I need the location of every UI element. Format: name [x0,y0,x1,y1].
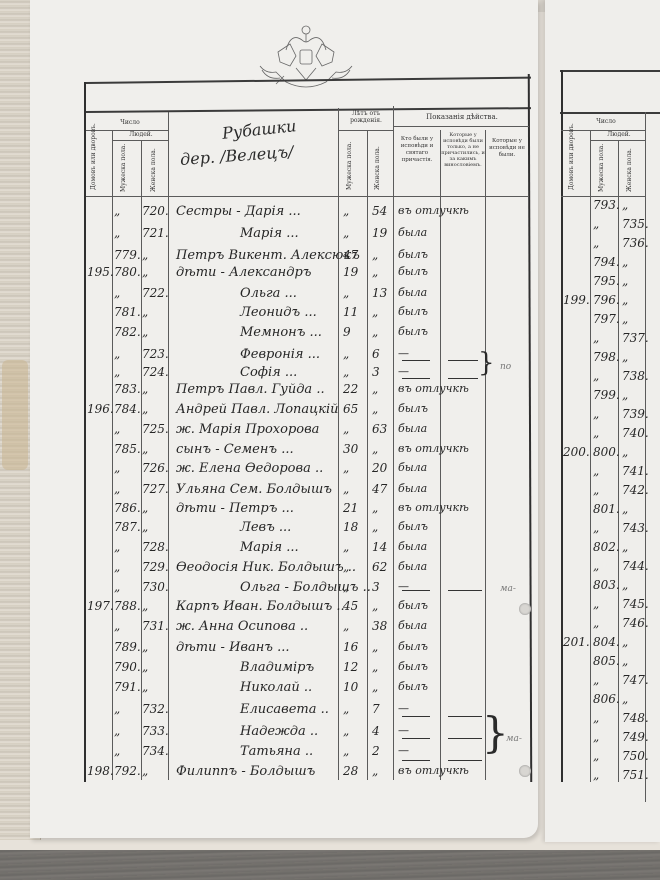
confession-status: — [398,724,409,737]
house-number: 199. [563,293,590,307]
age-female: „ [372,382,378,396]
age-female: „ [372,402,378,416]
person-name: Андрей Павл. Лопацкій [176,402,339,417]
right-header-domov: Домовъ или дворовъ. [568,123,575,190]
col-divider [440,130,441,780]
male-number: „ [114,580,120,594]
person-name: Ольга - Болдышъ .. [240,580,371,595]
female-number: „ [142,305,148,319]
dash-mark [402,590,430,591]
header-rule [393,126,529,127]
person-name: Февронія ... [240,347,320,362]
right-frame-top [560,70,660,72]
age-female: 7 [372,702,380,716]
male-number: „ [114,365,120,379]
punch-hole [519,603,531,615]
female-number: „ [142,325,148,339]
house-number: 201. [563,635,590,649]
age-male: 16 [343,640,358,654]
confession-status: въ отлучкѣ [398,382,469,395]
female-number: 750. [622,749,649,763]
male-number: „ [114,422,120,436]
male-number: 781. [114,305,141,319]
female-number: „ [622,274,628,288]
right-header-rule [590,140,645,141]
male-number: „ [114,724,120,738]
male-number: „ [114,286,120,300]
male-number: 782. [114,325,141,339]
punch-hole [519,765,531,777]
male-number: „ [593,464,599,478]
male-number: 784. [114,402,141,416]
person-name: Карпъ Иван. Болдышъ .. [176,599,345,614]
person-name: Софія ... [240,365,297,380]
person-name: Ольга ... [240,286,297,301]
male-number: „ [593,711,599,725]
binding-stain [2,360,28,470]
female-number: 748. [622,711,649,725]
age-female: 2 [372,744,380,758]
confession-status: была [398,560,427,573]
male-number: „ [593,483,599,497]
age-male: „ [343,461,349,475]
female-number: „ [622,654,628,668]
header-col-ispoved: Кто были у исповѣди и святаго причастія. [394,136,440,164]
confession-status: — [398,702,409,715]
female-number: 731. [142,619,169,633]
confession-status: былъ [398,325,428,338]
male-number: „ [593,217,599,231]
age-male: „ [343,580,349,594]
age-female: 13 [372,286,387,300]
female-number: „ [142,402,148,416]
female-number: 744. [622,559,649,573]
female-number: 728. [142,540,169,554]
female-number: „ [142,501,148,515]
male-number: „ [593,331,599,345]
confession-status: былъ [398,660,428,673]
house-number: 197. [87,599,114,613]
female-number: „ [142,599,148,613]
age-female: 20 [372,461,387,475]
male-number: „ [593,407,599,421]
age-female: 38 [372,619,387,633]
person-name: Марія ... [240,226,299,241]
person-name: Сестры - Дарія ... [176,204,301,219]
person-name: Мемнонъ ... [240,325,322,340]
confession-status: въ отлучкѣ [398,501,469,514]
age-female: 54 [372,204,387,218]
female-number: 730. [142,580,169,594]
male-number: 800. [593,445,620,459]
male-number: „ [114,560,120,574]
right-frame-left [561,70,563,782]
male-number: 787. [114,520,141,534]
dash-mark [402,738,430,739]
female-number: 742. [622,483,649,497]
table-frame-left [84,82,86,782]
age-female: 63 [372,422,387,436]
age-male: „ [343,347,349,361]
age-male: „ [343,744,349,758]
confession-status: была [398,540,427,553]
header-col-ne-byli: Которые у исповѣди не были. [486,138,528,159]
female-number: 737. [622,331,649,345]
male-number: „ [593,768,599,782]
header-muzh: Мужеска пола. [120,144,127,192]
male-number: „ [114,702,120,716]
female-number: „ [142,640,148,654]
age-female: 62 [372,560,387,574]
age-male: 10 [343,680,358,694]
female-number: 725. [142,422,169,436]
male-number: 802. [593,540,620,554]
confession-status: была [398,482,427,495]
female-number: 723. [142,347,169,361]
male-number: 792. [114,764,141,778]
age-female: „ [372,764,378,778]
age-male: „ [343,702,349,716]
male-number: „ [593,730,599,744]
confession-status: въ отлучкѣ [398,764,469,777]
age-male: 22 [343,382,358,396]
male-number: „ [593,369,599,383]
female-number: 735. [622,217,649,231]
male-number: 789. [114,640,141,654]
margin-note: ма- [506,734,522,744]
age-female: 47 [372,482,387,496]
person-name: Николай .. [240,680,312,695]
brace-mark: } [478,348,495,378]
confession-status: была [398,286,427,299]
age-female: 4 [372,724,380,738]
confession-status: былъ [398,520,428,533]
col-divider [485,130,486,780]
person-name: Надежда .. [240,724,318,739]
age-male: 18 [343,520,358,534]
header-domov: Домовъ или дворовъ. [90,123,97,190]
female-number: 747. [622,673,649,687]
female-number: 739. [622,407,649,421]
confession-status: былъ [398,248,428,261]
male-number: 797. [593,312,620,326]
male-number: 805. [593,654,620,668]
age-female: „ [372,640,378,654]
person-name: Ѳеодосія Ник. Болдышъ .. [176,560,356,575]
confession-status: — [398,744,409,757]
age-male: 45 [343,599,358,613]
female-number: 729. [142,560,169,574]
age-female: „ [372,265,378,279]
male-number: „ [114,540,120,554]
male-number: 803. [593,578,620,592]
person-name: Владиміръ [240,660,314,675]
dash-mark [402,716,430,717]
male-number: 785. [114,442,141,456]
female-number: „ [142,265,148,279]
confession-status: былъ [398,265,428,278]
male-number: „ [114,619,120,633]
female-number: „ [142,680,148,694]
house-number: 200. [563,445,590,459]
female-number: „ [622,502,628,516]
dash-mark [448,590,482,591]
male-number: 783. [114,382,141,396]
person-name: дѣти - Петръ ... [176,501,294,516]
male-number: „ [114,204,120,218]
female-number: 736. [622,236,649,250]
female-number: „ [622,388,628,402]
person-name: Петръ Павл. Гуйда .. [176,382,325,397]
female-number: 746. [622,616,649,630]
female-number: 733. [142,724,169,738]
header-let-muzh: Мужеска пола. [346,142,353,190]
col-divider [338,108,339,780]
female-number: 745. [622,597,649,611]
male-number: „ [114,226,120,240]
male-number: 780. [114,265,141,279]
male-number: „ [593,521,599,535]
person-name: Ульяна Сем. Болдышъ [176,482,332,497]
person-name: ж. Елена Ѳедорова .. [176,461,323,476]
female-number: 751. [622,768,649,782]
age-female: „ [372,501,378,515]
female-number: 749. [622,730,649,744]
female-number: „ [142,442,148,456]
age-female: 6 [372,347,380,361]
right-col-divider [618,140,619,782]
person-name: дѣти - Иванъ ... [176,640,289,655]
age-male: „ [343,286,349,300]
age-female: „ [372,325,378,339]
header-let: Лѣтъ отъ рожденія. [340,110,392,124]
male-number: „ [593,616,599,630]
header-rule [112,140,168,141]
brace-mark: } [482,708,509,757]
age-male: „ [343,204,349,218]
age-female: „ [372,680,378,694]
male-number: 791. [114,680,141,694]
person-name: дѣти - Александръ [176,265,311,280]
person-name: сынъ - Семенъ ... [176,442,294,457]
header-rule [338,130,393,131]
margin-note: ма- [500,584,516,594]
age-female: 14 [372,540,387,554]
female-number: 740. [622,426,649,440]
confession-status: былъ [398,402,428,415]
house-number: 198. [87,764,114,778]
male-number: „ [114,461,120,475]
male-number: „ [593,426,599,440]
right-header-bottom-rule [561,196,645,197]
dash-mark [448,716,482,717]
female-number: „ [622,312,628,326]
age-female: „ [372,442,378,456]
male-number: „ [593,559,599,573]
imperial-eagle-crest-icon [256,22,356,94]
female-number: „ [142,248,148,262]
age-male: „ [343,365,349,379]
confession-status: въ отлучкѣ [398,204,469,217]
confession-status: былъ [398,640,428,653]
female-number: „ [142,764,148,778]
female-number: 741. [622,464,649,478]
age-female: „ [372,248,378,262]
female-number: „ [622,635,628,649]
header-pokazaniya: Показанія дѣйства. [398,114,526,121]
female-number: „ [622,692,628,706]
female-number: 734. [142,744,169,758]
confession-status: — [398,347,409,360]
age-male: 19 [343,265,358,279]
dash-mark [448,760,482,761]
male-number: 795. [593,274,620,288]
header-chislo: Число [110,119,150,126]
female-number: 721. [142,226,169,240]
right-header-zhen: Женска пола. [626,148,633,192]
header-zhen: Женска пола. [150,148,157,192]
age-male: „ [343,226,349,240]
col-divider [393,106,394,780]
person-name: Левъ ... [240,520,291,535]
right-header-muzh: Мужеска пола. [598,144,605,192]
dash-mark [448,378,478,379]
person-name: Татьяна .. [240,744,313,759]
dash-mark [402,360,430,361]
female-number: 727. [142,482,169,496]
person-name: ж. Анна Осипова .. [176,619,308,634]
person-name: Елисавета .. [240,702,329,717]
col-divider [367,130,368,780]
header-let-zhen: Женска пола. [374,146,381,190]
female-number: 720. [142,204,169,218]
dash-mark [448,738,482,739]
age-female: 3 [372,365,380,379]
age-female: „ [372,599,378,613]
right-header-lyudey: Людей. [596,131,642,138]
male-number: „ [593,749,599,763]
confession-status: былъ [398,305,428,318]
right-header-chislo: Число [586,118,626,125]
male-number: 799. [593,388,620,402]
dash-mark [402,378,430,379]
house-number: 195. [87,265,114,279]
female-number: „ [622,540,628,554]
confession-status: была [398,461,427,474]
male-number: 801. [593,502,620,516]
male-number: „ [114,482,120,496]
right-col-divider [645,112,646,802]
male-number: „ [593,597,599,611]
female-number: „ [622,578,628,592]
right-col-divider [590,130,591,782]
female-number: „ [622,445,628,459]
age-male: 11 [343,305,358,319]
male-number: 793. [593,198,620,212]
header-lyudey: Людей. [118,131,164,138]
female-number: „ [142,382,148,396]
confession-status: была [398,619,427,632]
female-number: 724. [142,365,169,379]
confession-status: — [398,365,409,378]
male-number: 788. [114,599,141,613]
female-number: „ [622,350,628,364]
female-number: „ [622,255,628,269]
age-male: 28 [343,764,358,778]
age-male: 65 [343,402,358,416]
male-number: 794. [593,255,620,269]
confession-status: былъ [398,680,428,693]
margin-note: по [500,362,511,372]
female-number: 743. [622,521,649,535]
age-male: „ [343,560,349,574]
male-number: 779. [114,248,141,262]
age-male: 21 [343,501,358,515]
female-number: „ [142,660,148,674]
age-male: „ [343,482,349,496]
age-male: 47 [343,248,358,262]
age-male: „ [343,619,349,633]
confession-status: въ отлучкѣ [398,442,469,455]
male-number: 786. [114,501,141,515]
female-number: „ [622,198,628,212]
age-male: „ [343,540,349,554]
dash-mark [448,360,478,361]
male-number: „ [593,673,599,687]
confession-status: была [398,422,427,435]
age-female: 3 [372,580,380,594]
female-number: 732. [142,702,169,716]
person-name: Леонидъ ... [240,305,317,320]
person-name: Петръ Викент. Алексюкъ [176,248,360,263]
male-number: 790. [114,660,141,674]
male-number: 796. [593,293,620,307]
house-number: 196. [87,402,114,416]
age-female: „ [372,520,378,534]
age-male: „ [343,422,349,436]
age-female: „ [372,305,378,319]
age-female: 19 [372,226,387,240]
confession-status: была [398,226,427,239]
male-number: 798. [593,350,620,364]
age-female: „ [372,660,378,674]
female-number: 738. [622,369,649,383]
male-number: „ [114,347,120,361]
male-number: 804. [593,635,620,649]
male-number: „ [593,236,599,250]
female-number: 726. [142,461,169,475]
header-col-tolko: Которые у исповѣди были только, а не при… [441,132,485,168]
male-number: 806. [593,692,620,706]
age-male: 12 [343,660,358,674]
dash-mark [402,760,430,761]
male-number: „ [114,744,120,758]
header-bottom-rule [86,196,529,197]
person-name: Филиппъ - Болдышъ [176,764,315,779]
age-male: 30 [343,442,358,456]
person-name: ж. Марія Прохорова [176,422,319,437]
confession-status: — [398,580,409,593]
confession-status: былъ [398,599,428,612]
col-divider [112,130,113,780]
age-male: 9 [343,325,351,339]
person-name: Марія ... [240,540,299,555]
female-number: 722. [142,286,169,300]
female-number: „ [142,520,148,534]
age-male: „ [343,724,349,738]
female-number: „ [622,293,628,307]
